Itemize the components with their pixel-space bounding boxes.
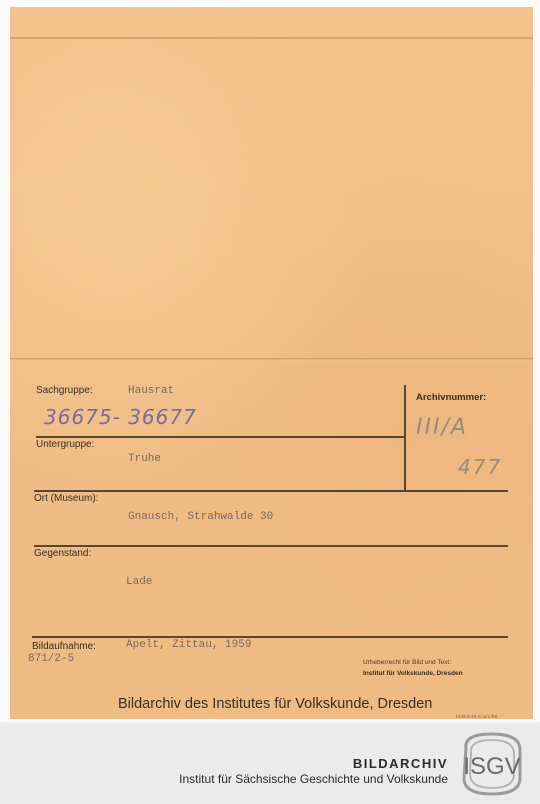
- gegenstand-value: Lade: [126, 576, 152, 588]
- negative-number: 871/2-5: [28, 653, 74, 665]
- divider-line: [34, 545, 508, 547]
- bildaufnahme-value: Apelt, Zittau, 1959: [126, 639, 251, 651]
- fold-line-top: [10, 37, 533, 39]
- isgv-logo-icon: ISGV: [456, 728, 528, 800]
- archivnummer-line2: 477: [458, 455, 502, 479]
- logo-text: ISGV: [463, 753, 520, 780]
- copyright-holder: Institut für Volkskunde, Dresden: [363, 670, 463, 677]
- image-range-handwritten: 36675- 36677: [44, 405, 197, 429]
- divider-line: [34, 490, 508, 492]
- ort-label: Ort (Museum):: [34, 493, 98, 504]
- card-footer-title: Bildarchiv des Institutes für Volkskunde…: [118, 696, 432, 712]
- copyright-label: Urheberrecht für Bild und Text:: [363, 659, 451, 666]
- untergruppe-value: Truhe: [128, 453, 161, 465]
- untergruppe-label: Untergruppe:: [36, 439, 94, 450]
- sachgruppe-value: Hausrat: [128, 385, 174, 397]
- fold-line-middle: [10, 358, 533, 361]
- sachgruppe-label: Sachgruppe:: [36, 385, 93, 396]
- archive-card: Sachgruppe: Hausrat 36675- 36677 Untergr…: [10, 7, 533, 719]
- divider-line: [32, 636, 508, 638]
- print-code: III/9/3/45-C/3/1/60: [456, 714, 498, 719]
- banner-subtitle: Institut für Sächsische Geschichte und V…: [179, 772, 448, 786]
- bildaufnahme-label: Bildaufnahme:: [32, 641, 96, 652]
- archivnummer-label: Archivnummer:: [416, 392, 486, 403]
- archivnummer-divider: [404, 385, 406, 491]
- gegenstand-label: Gegenstand:: [34, 548, 91, 559]
- archivnummer-line1: III/A: [416, 415, 468, 440]
- ort-value: Gnausch, Strahwalde 30: [128, 511, 273, 523]
- divider-line: [36, 436, 404, 438]
- banner-title: BILDARCHIV: [353, 756, 448, 771]
